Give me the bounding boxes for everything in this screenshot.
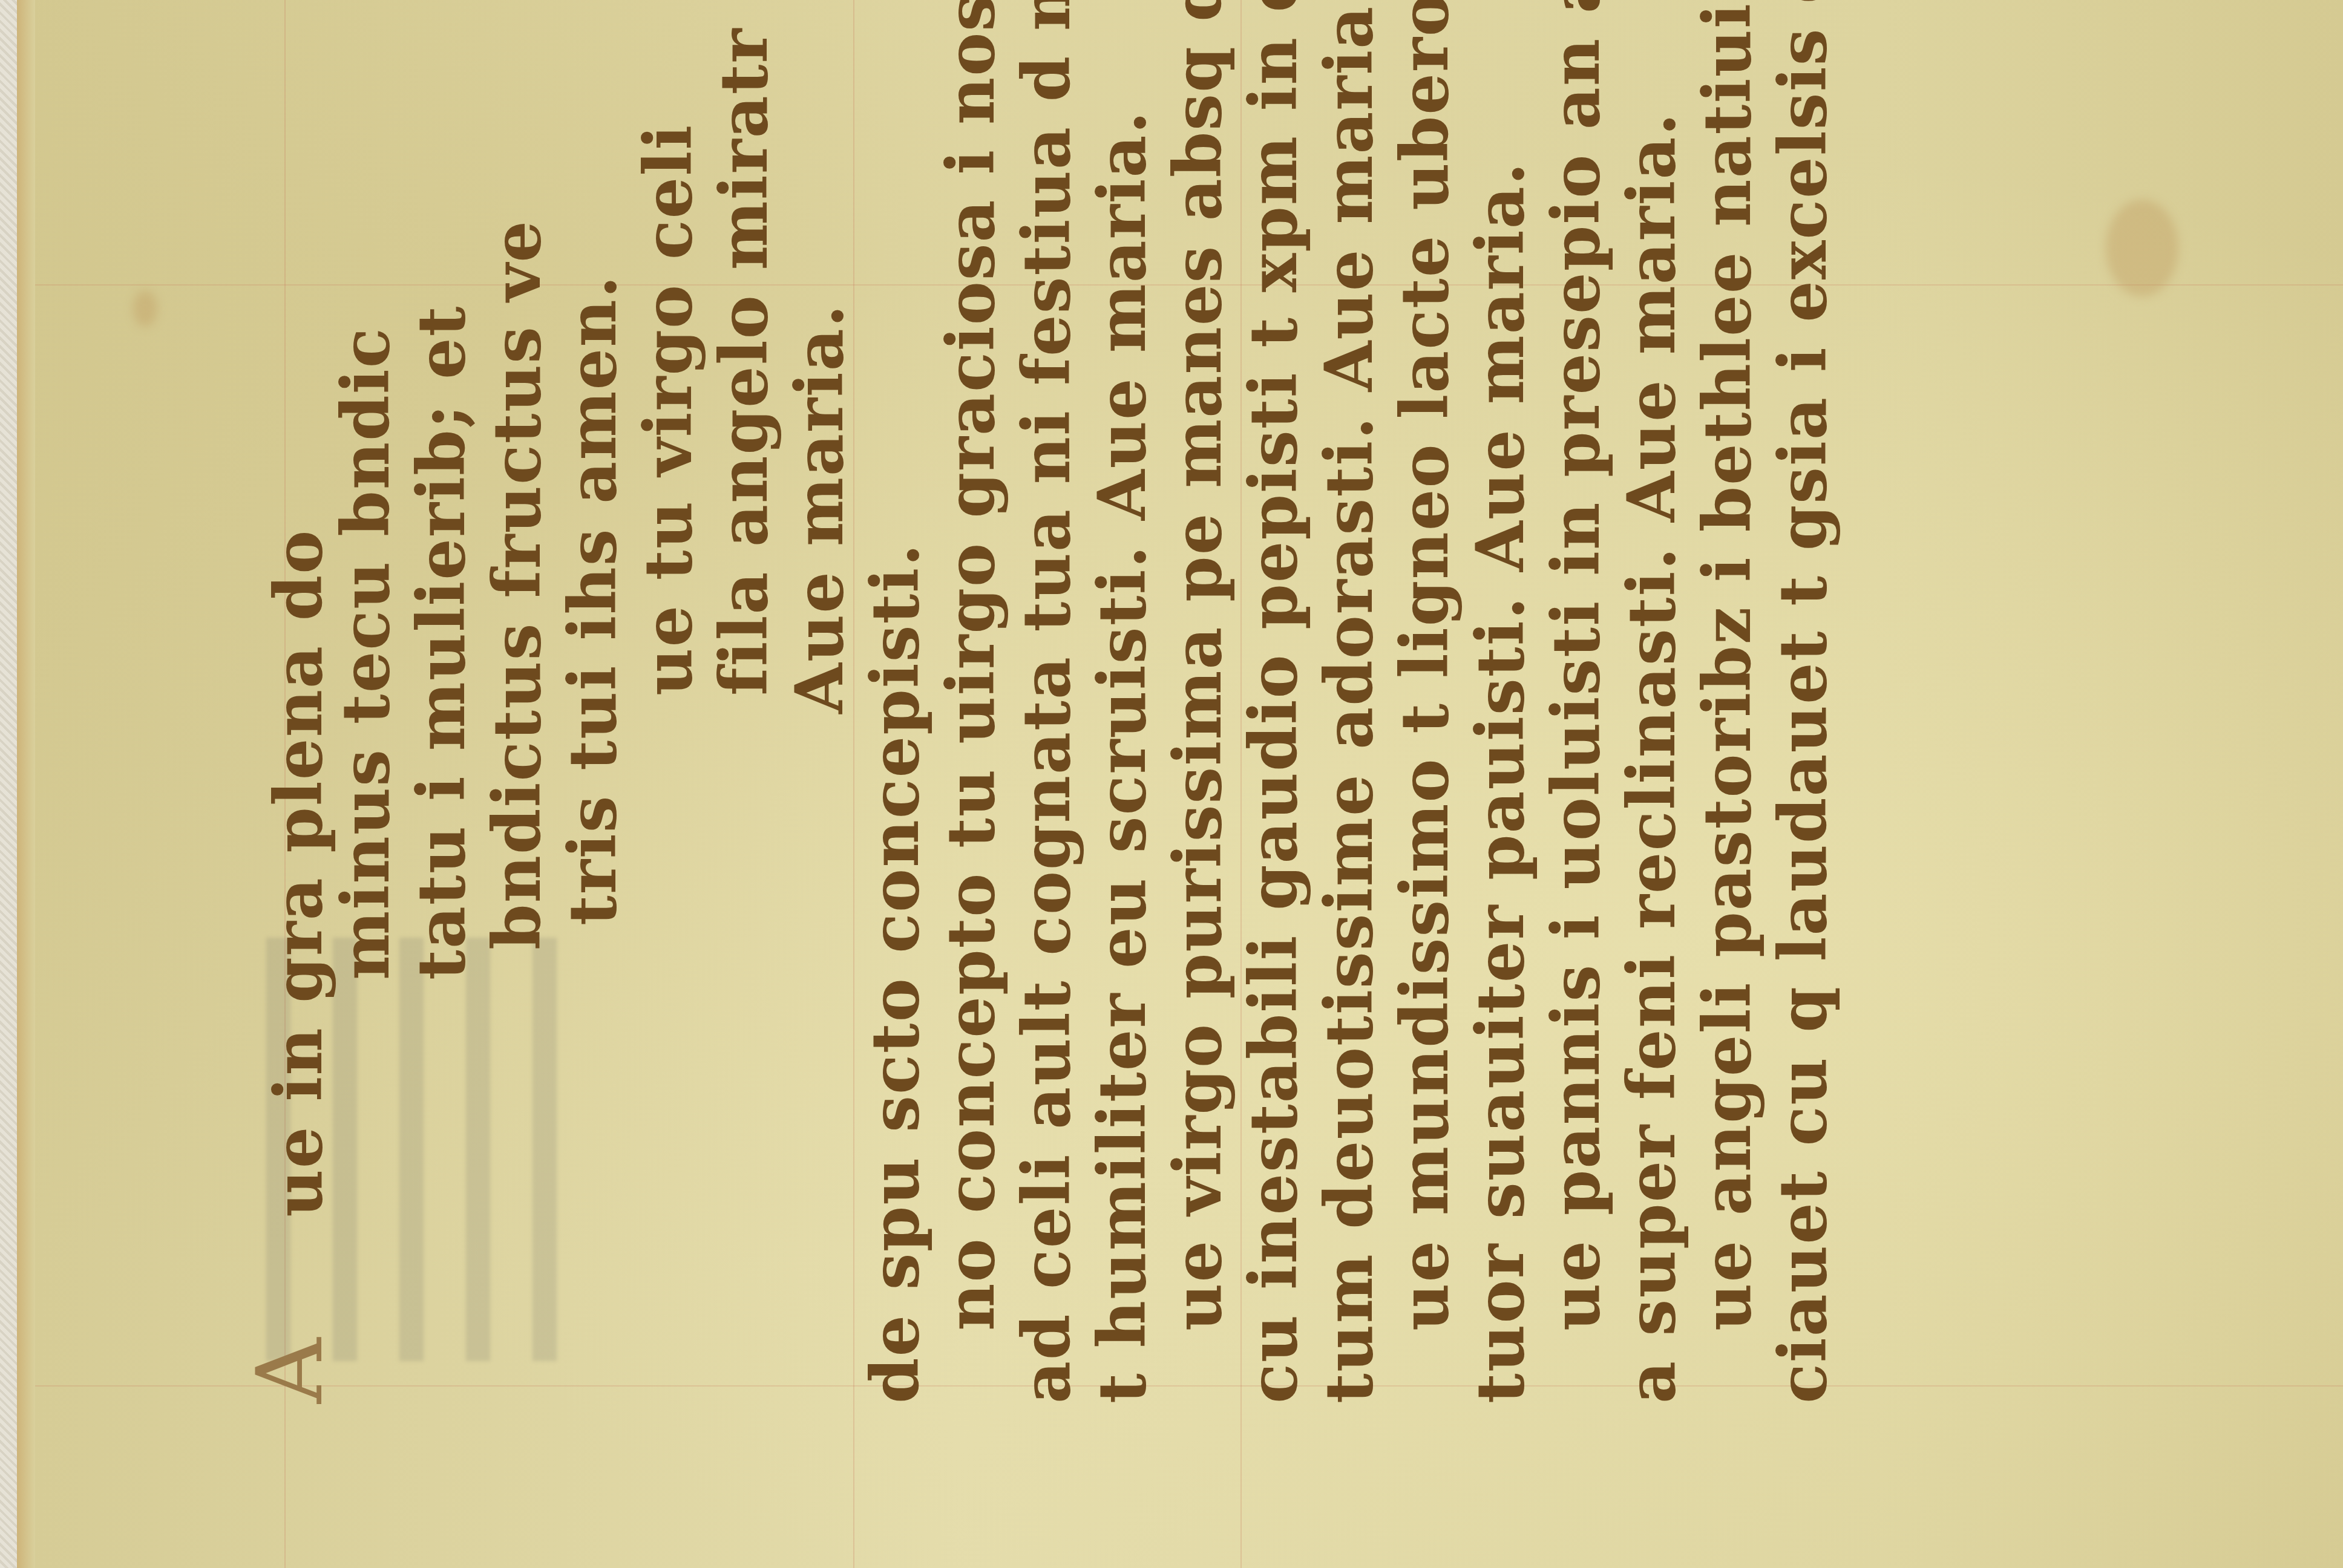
text-line: minus tecu bndic	[330, 327, 402, 980]
text-line: ue mundissimo t ligneo lacte ubero rum	[1389, 0, 1461, 1331]
page-edge-stain	[17, 0, 35, 1568]
text-line: A ue in gra plena do	[254, 529, 335, 1403]
text-line: ue angeli pastoribz i bethlee natiui nun	[1691, 0, 1764, 1331]
binding-cloth-edge	[0, 0, 17, 1568]
text-line: de spu scto concepisti.	[859, 543, 932, 1403]
text-line: a super feni reclinasti. Aue maria.	[1616, 112, 1688, 1403]
text-line: ciauet cu q laudauet t gsia i excelsis d…	[1767, 0, 1840, 1403]
stain	[133, 290, 157, 327]
text-line: ue pannis i uoluisti in presepio an aiah	[1540, 0, 1613, 1331]
text-line: Aue maria.	[784, 304, 856, 714]
text-line: cu inestabili gaudio pepisti t xpm in do…	[1237, 0, 1310, 1403]
text-line: ue tu virgo celi	[632, 124, 705, 696]
text-line: t humiliter eu scruisti. Aue maria.	[1086, 110, 1159, 1403]
text-line: ue virgo purissima pe manes absq dolore	[1162, 0, 1234, 1331]
decorated-initial: A	[238, 1337, 343, 1403]
text-line: fila angelo miratr	[708, 28, 781, 696]
text-line: ad celi ault cognata tua ni festiua d mi…	[1011, 0, 1083, 1403]
stain	[2106, 200, 2178, 296]
text-line: tatu i mulierib; et	[405, 305, 478, 980]
text-line: tris tui ihs amen.	[557, 275, 629, 926]
text-line: bndictus fructus ve	[481, 220, 554, 950]
text-line: no concepto tu uirgo graciosa i nostra	[935, 0, 1008, 1331]
manuscript-text: A ue in gra plena do minus tecu bndic ta…	[254, 254, 1858, 1403]
text-line: tuor suauiter pauisti. Aue maria.	[1464, 162, 1537, 1403]
text-line: tum deuotissime adorasti. Aue maria.	[1313, 0, 1386, 1403]
